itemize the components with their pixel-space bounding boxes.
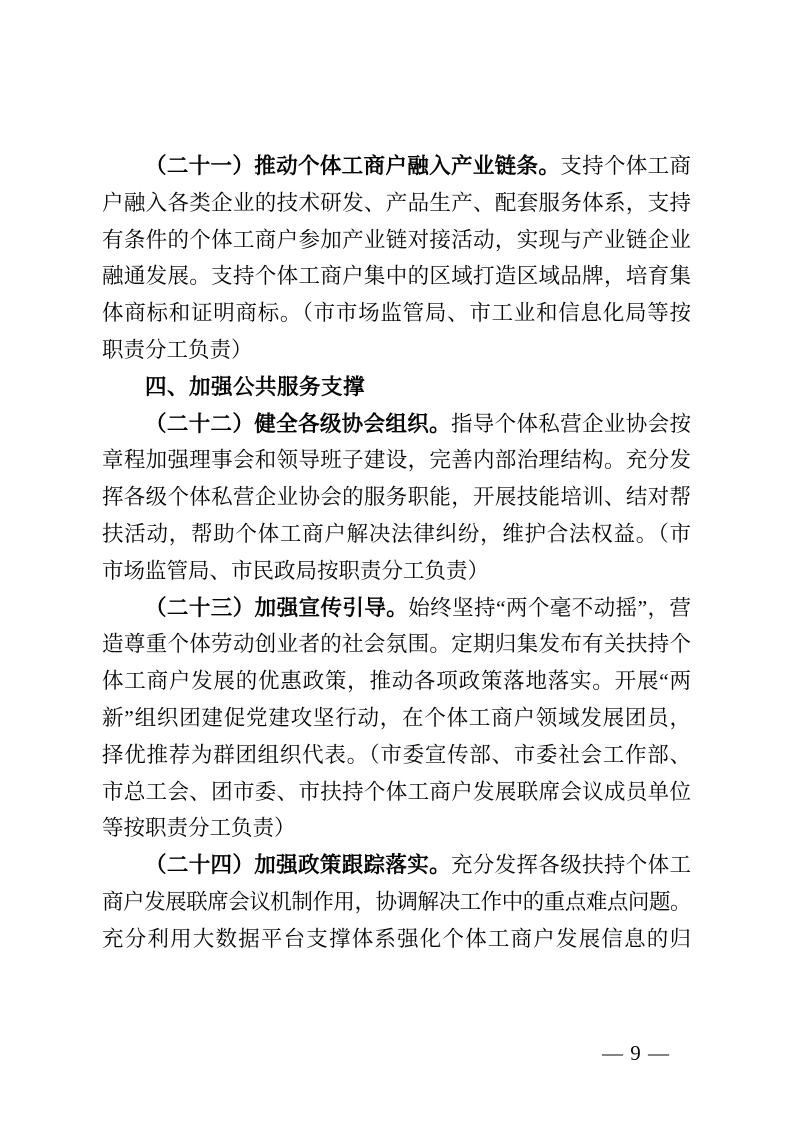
text-line: 体工商户发展的优惠政策，推动各项政策落地落实。开展“两 [102, 663, 691, 700]
body-text: 体商标和证明商标。（市市场监管局、市工业和信息化局等按 [102, 301, 691, 325]
paragraph-lead: （二十四）加强政策跟踪落实。 [145, 853, 451, 877]
text-line: （二十四）加强政策跟踪落实。充分发挥各级扶持个体工 [102, 847, 691, 884]
body-text: 造尊重个体劳动创业者的社会氛围。定期归集发布有关扶持个 [102, 632, 691, 656]
body-text: 等按职责分工负责） [102, 816, 296, 840]
body-text: 融通发展。支持个体工商户集中的区域打造区域品牌，培育集 [102, 264, 691, 288]
body-text: 市总工会、团市委、市扶持个体工商户发展联席会议成员单位 [102, 780, 691, 804]
paragraph-lead: 四、加强公共服务支撑 [145, 375, 365, 399]
text-line: 户融入各类企业的技术研发、产品生产、配套服务体系，支持 [102, 185, 691, 222]
text-line: 等按职责分工负责） [102, 810, 691, 847]
text-line: 挥各级个体私营企业协会的服务职能，开展技能培训、结对帮 [102, 479, 691, 516]
text-line: 商户发展联席会议机制作用，协调解决工作中的重点难点问题。 [102, 884, 691, 921]
text-line: 职责分工负责） [102, 332, 691, 369]
text-line: 融通发展。支持个体工商户集中的区域打造区域品牌，培育集 [102, 258, 691, 295]
paragraph-lead: （二十二）健全各级协会组织。 [145, 412, 451, 436]
document-text: （二十一）推动个体工商户融入产业链条。支持个体工商户融入各类企业的技术研发、产品… [102, 148, 691, 958]
body-text: 挥各级个体私营企业协会的服务职能，开展技能培训、结对帮 [102, 485, 691, 509]
body-text: 扶活动，帮助个体工商户解决法律纠纷，维护合法权益。（市 [102, 522, 691, 546]
text-line: 市总工会、团市委、市扶持个体工商户发展联席会议成员单位 [102, 774, 691, 811]
body-text: 体工商户发展的优惠政策，推动各项政策落地落实。开展“两 [102, 669, 691, 693]
paragraph-lead: （二十三）加强宣传引导。 [145, 596, 408, 620]
body-text: 职责分工负责） [102, 338, 253, 362]
text-line: （二十二）健全各级协会组织。指导个体私营企业协会按 [102, 406, 691, 443]
body-text: 指导个体私营企业协会按 [451, 412, 691, 436]
body-text: 新”组织团建促党建攻坚行动，在个体工商户领域发展团员， [102, 706, 691, 730]
body-text: 章程加强理事会和领导班子建设，完善内部治理结构。充分发 [102, 448, 691, 472]
text-line: 新”组织团建促党建攻坚行动，在个体工商户领域发展团员， [102, 700, 691, 737]
text-line: 造尊重个体劳动创业者的社会氛围。定期归集发布有关扶持个 [102, 626, 691, 663]
body-text: 充分发挥各级扶持个体工 [451, 853, 691, 877]
text-line: 市场监管局、市民政局按职责分工负责） [102, 553, 691, 590]
text-line: （二十三）加强宣传引导。始终坚持“两个毫不动摇”，营 [102, 590, 691, 627]
text-line: 章程加强理事会和领导班子建设，完善内部治理结构。充分发 [102, 442, 691, 479]
text-line: 有条件的个体工商户参加产业链对接活动，实现与产业链企业 [102, 222, 691, 259]
body-text: 充分利用大数据平台支撑体系强化个体工商户发展信息的归 [102, 927, 691, 951]
body-text: 市场监管局、市民政局按职责分工负责） [102, 559, 489, 583]
text-line: （二十一）推动个体工商户融入产业链条。支持个体工商 [102, 148, 691, 185]
page-number: — 9 — [586, 1040, 686, 1066]
body-text: 有条件的个体工商户参加产业链对接活动，实现与产业链企业 [102, 228, 691, 252]
text-line: 择优推荐为群团组织代表。（市委宣传部、市委社会工作部、 [102, 737, 691, 774]
section-heading: 四、加强公共服务支撑 [102, 369, 691, 406]
text-line: 体商标和证明商标。（市市场监管局、市工业和信息化局等按 [102, 295, 691, 332]
body-text: 商户发展联席会议机制作用，协调解决工作中的重点难点问题。 [102, 890, 691, 914]
document-page: （二十一）推动个体工商户融入产业链条。支持个体工商户融入各类企业的技术研发、产品… [0, 0, 793, 1122]
body-text: 始终坚持“两个毫不动摇”，营 [408, 596, 691, 620]
paragraph-lead: （二十一）推动个体工商户融入产业链条。 [145, 154, 560, 178]
body-text: 择优推荐为群团组织代表。（市委宣传部、市委社会工作部、 [102, 743, 691, 767]
body-text: 支持个体工商 [560, 154, 691, 178]
body-text: 户融入各类企业的技术研发、产品生产、配套服务体系，支持 [102, 191, 691, 215]
text-line: 充分利用大数据平台支撑体系强化个体工商户发展信息的归 [102, 921, 691, 958]
text-line: 扶活动，帮助个体工商户解决法律纠纷，维护合法权益。（市 [102, 516, 691, 553]
